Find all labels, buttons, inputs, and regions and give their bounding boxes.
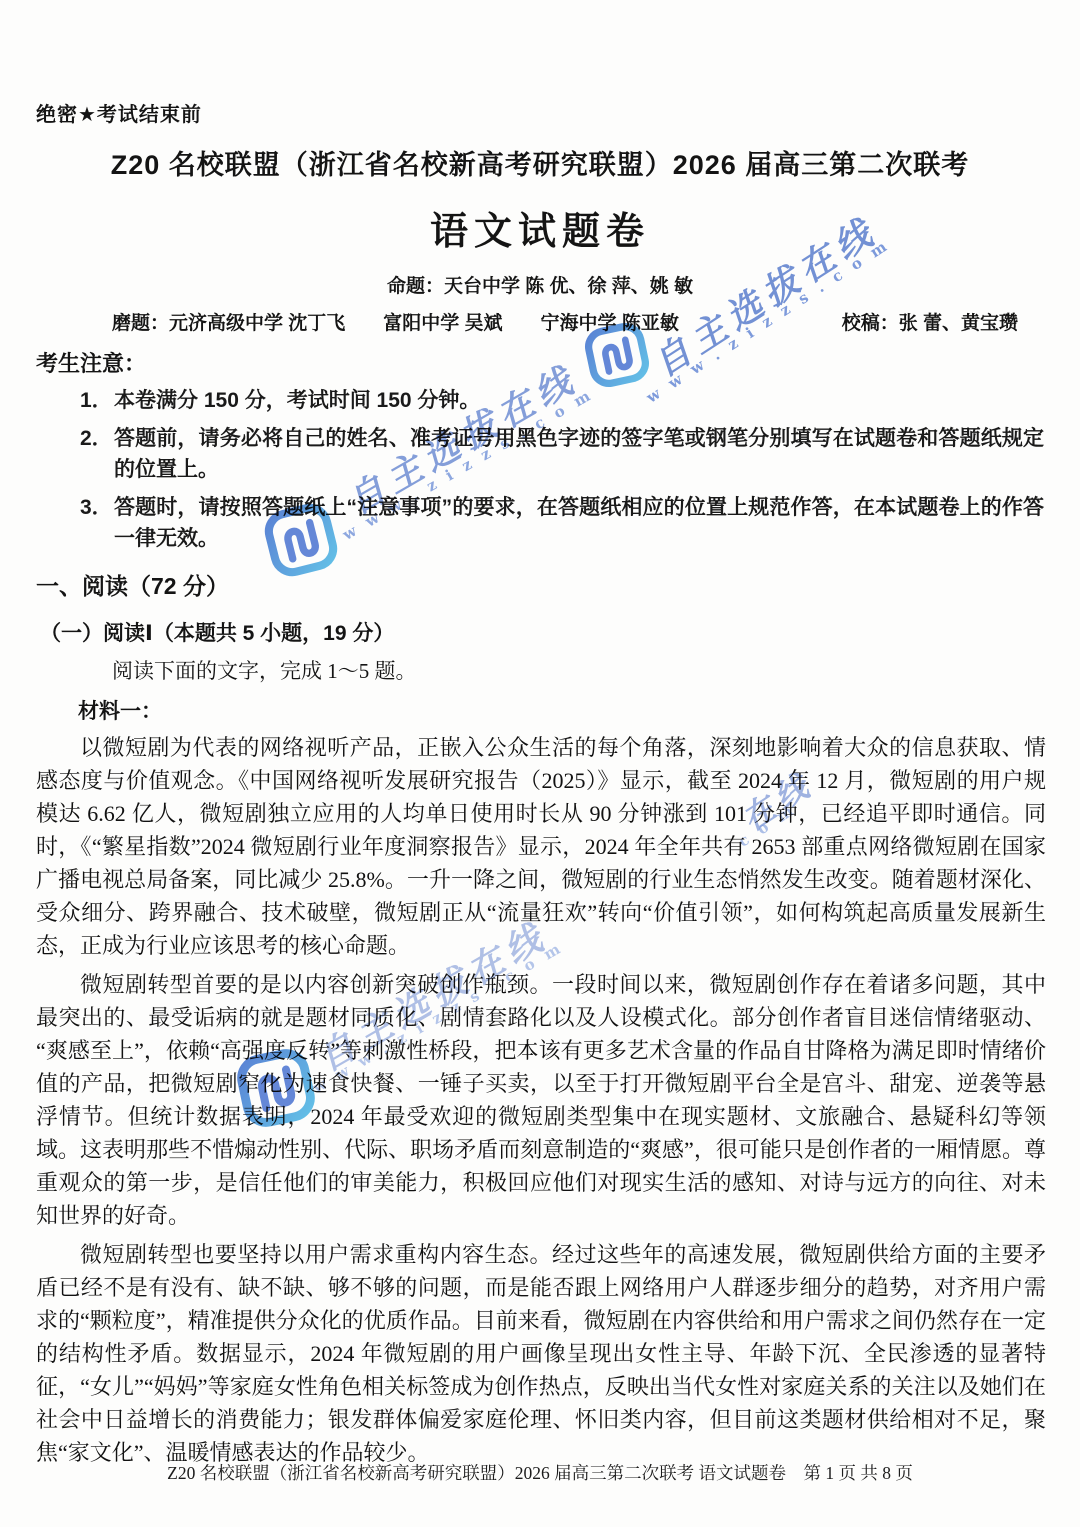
notice-item-number: 2． xyxy=(80,423,114,485)
page-footer: Z20 名校联盟（浙江省名校新高考研究联盟）2026 届高三第二次联考 语文试题… xyxy=(0,1460,1080,1485)
reviewers-line: 磨题：元济高级中学 沈丁飞 富阳中学 吴斌 宁海中学 陈亚敏 校稿：张 蕾、黄宝… xyxy=(0,308,1080,335)
section-sub-heading: （一）阅读Ⅰ（本题共 5 小题，19 分） xyxy=(40,617,1080,647)
notice-item-text: 答题前，请务必将自己的姓名、准考证号用黑色字迹的签字笔或钢笔分别填写在试题卷和答… xyxy=(114,423,1044,485)
material-paragraph: 以微短剧为代表的网络视听产品，正嵌入公众生活的每个角落，深刻地影响着大众的信息获… xyxy=(36,731,1046,962)
exam-paper-page: 自主选拔在线 w w w . z i z z s . c o m 自主选拔在线 … xyxy=(0,0,1080,1527)
league-title: Z20 名校联盟（浙江省名校新高考研究联盟）2026 届高三第二次联考 xyxy=(0,143,1080,182)
notice-item: 3． 答题时，请按照答题纸上“注意事项”的要求，在答题纸相应的位置上规范作答，在… xyxy=(80,492,1044,554)
setters-line: 命题：天台中学 陈 优、徐 萍、姚 敏 xyxy=(0,271,1080,298)
material-one-label: 材料一： xyxy=(78,695,1080,725)
notice-item-text: 答题时，请按照答题纸上“注意事项”的要求，在答题纸相应的位置上规范作答，在本试题… xyxy=(114,492,1044,554)
material-paragraph: 微短剧转型首要的是以内容创新突破创作瓶颈。一段时间以来，微短剧创作存在着诸多问题… xyxy=(36,968,1046,1232)
moti-credit: 磨题：元济高级中学 沈丁飞 富阳中学 吴斌 宁海中学 陈亚敏 xyxy=(112,308,679,335)
paper-header: 绝密★考试结束前 Z20 名校联盟（浙江省名校新高考研究联盟）2026 届高三第… xyxy=(0,98,1080,335)
notice-item: 1． 本卷满分 150 分，考试时间 150 分钟。 xyxy=(80,385,1044,416)
paper-title: 语文试题卷 xyxy=(0,200,1080,255)
section-heading: 一、阅读（72 分） xyxy=(36,568,1080,601)
section-instruction: 阅读下面的文字，完成 1～5 题。 xyxy=(112,655,1080,685)
proofreader-credit: 校稿：张 蕾、黄宝瓒 xyxy=(842,308,1018,335)
notice-item-number: 3． xyxy=(80,492,114,554)
notice-item: 2． 答题前，请务必将自己的姓名、准考证号用黑色字迹的签字笔或钢笔分别填写在试题… xyxy=(80,423,1044,485)
notice-item-number: 1． xyxy=(80,385,114,416)
notice-title: 考生注意： xyxy=(36,347,1080,378)
classification-label: 绝密★考试结束前 xyxy=(36,98,1080,127)
reading-section: 一、阅读（72 分） （一）阅读Ⅰ（本题共 5 小题，19 分） 阅读下面的文字… xyxy=(0,568,1080,1469)
notice-item-text: 本卷满分 150 分，考试时间 150 分钟。 xyxy=(114,385,1044,416)
material-paragraph: 微短剧转型也要坚持以用户需求重构内容生态。经过这些年的高速发展，微短剧供给方面的… xyxy=(36,1238,1046,1469)
candidate-notice: 考生注意： 1． 本卷满分 150 分，考试时间 150 分钟。 2． 答题前，… xyxy=(0,347,1080,554)
